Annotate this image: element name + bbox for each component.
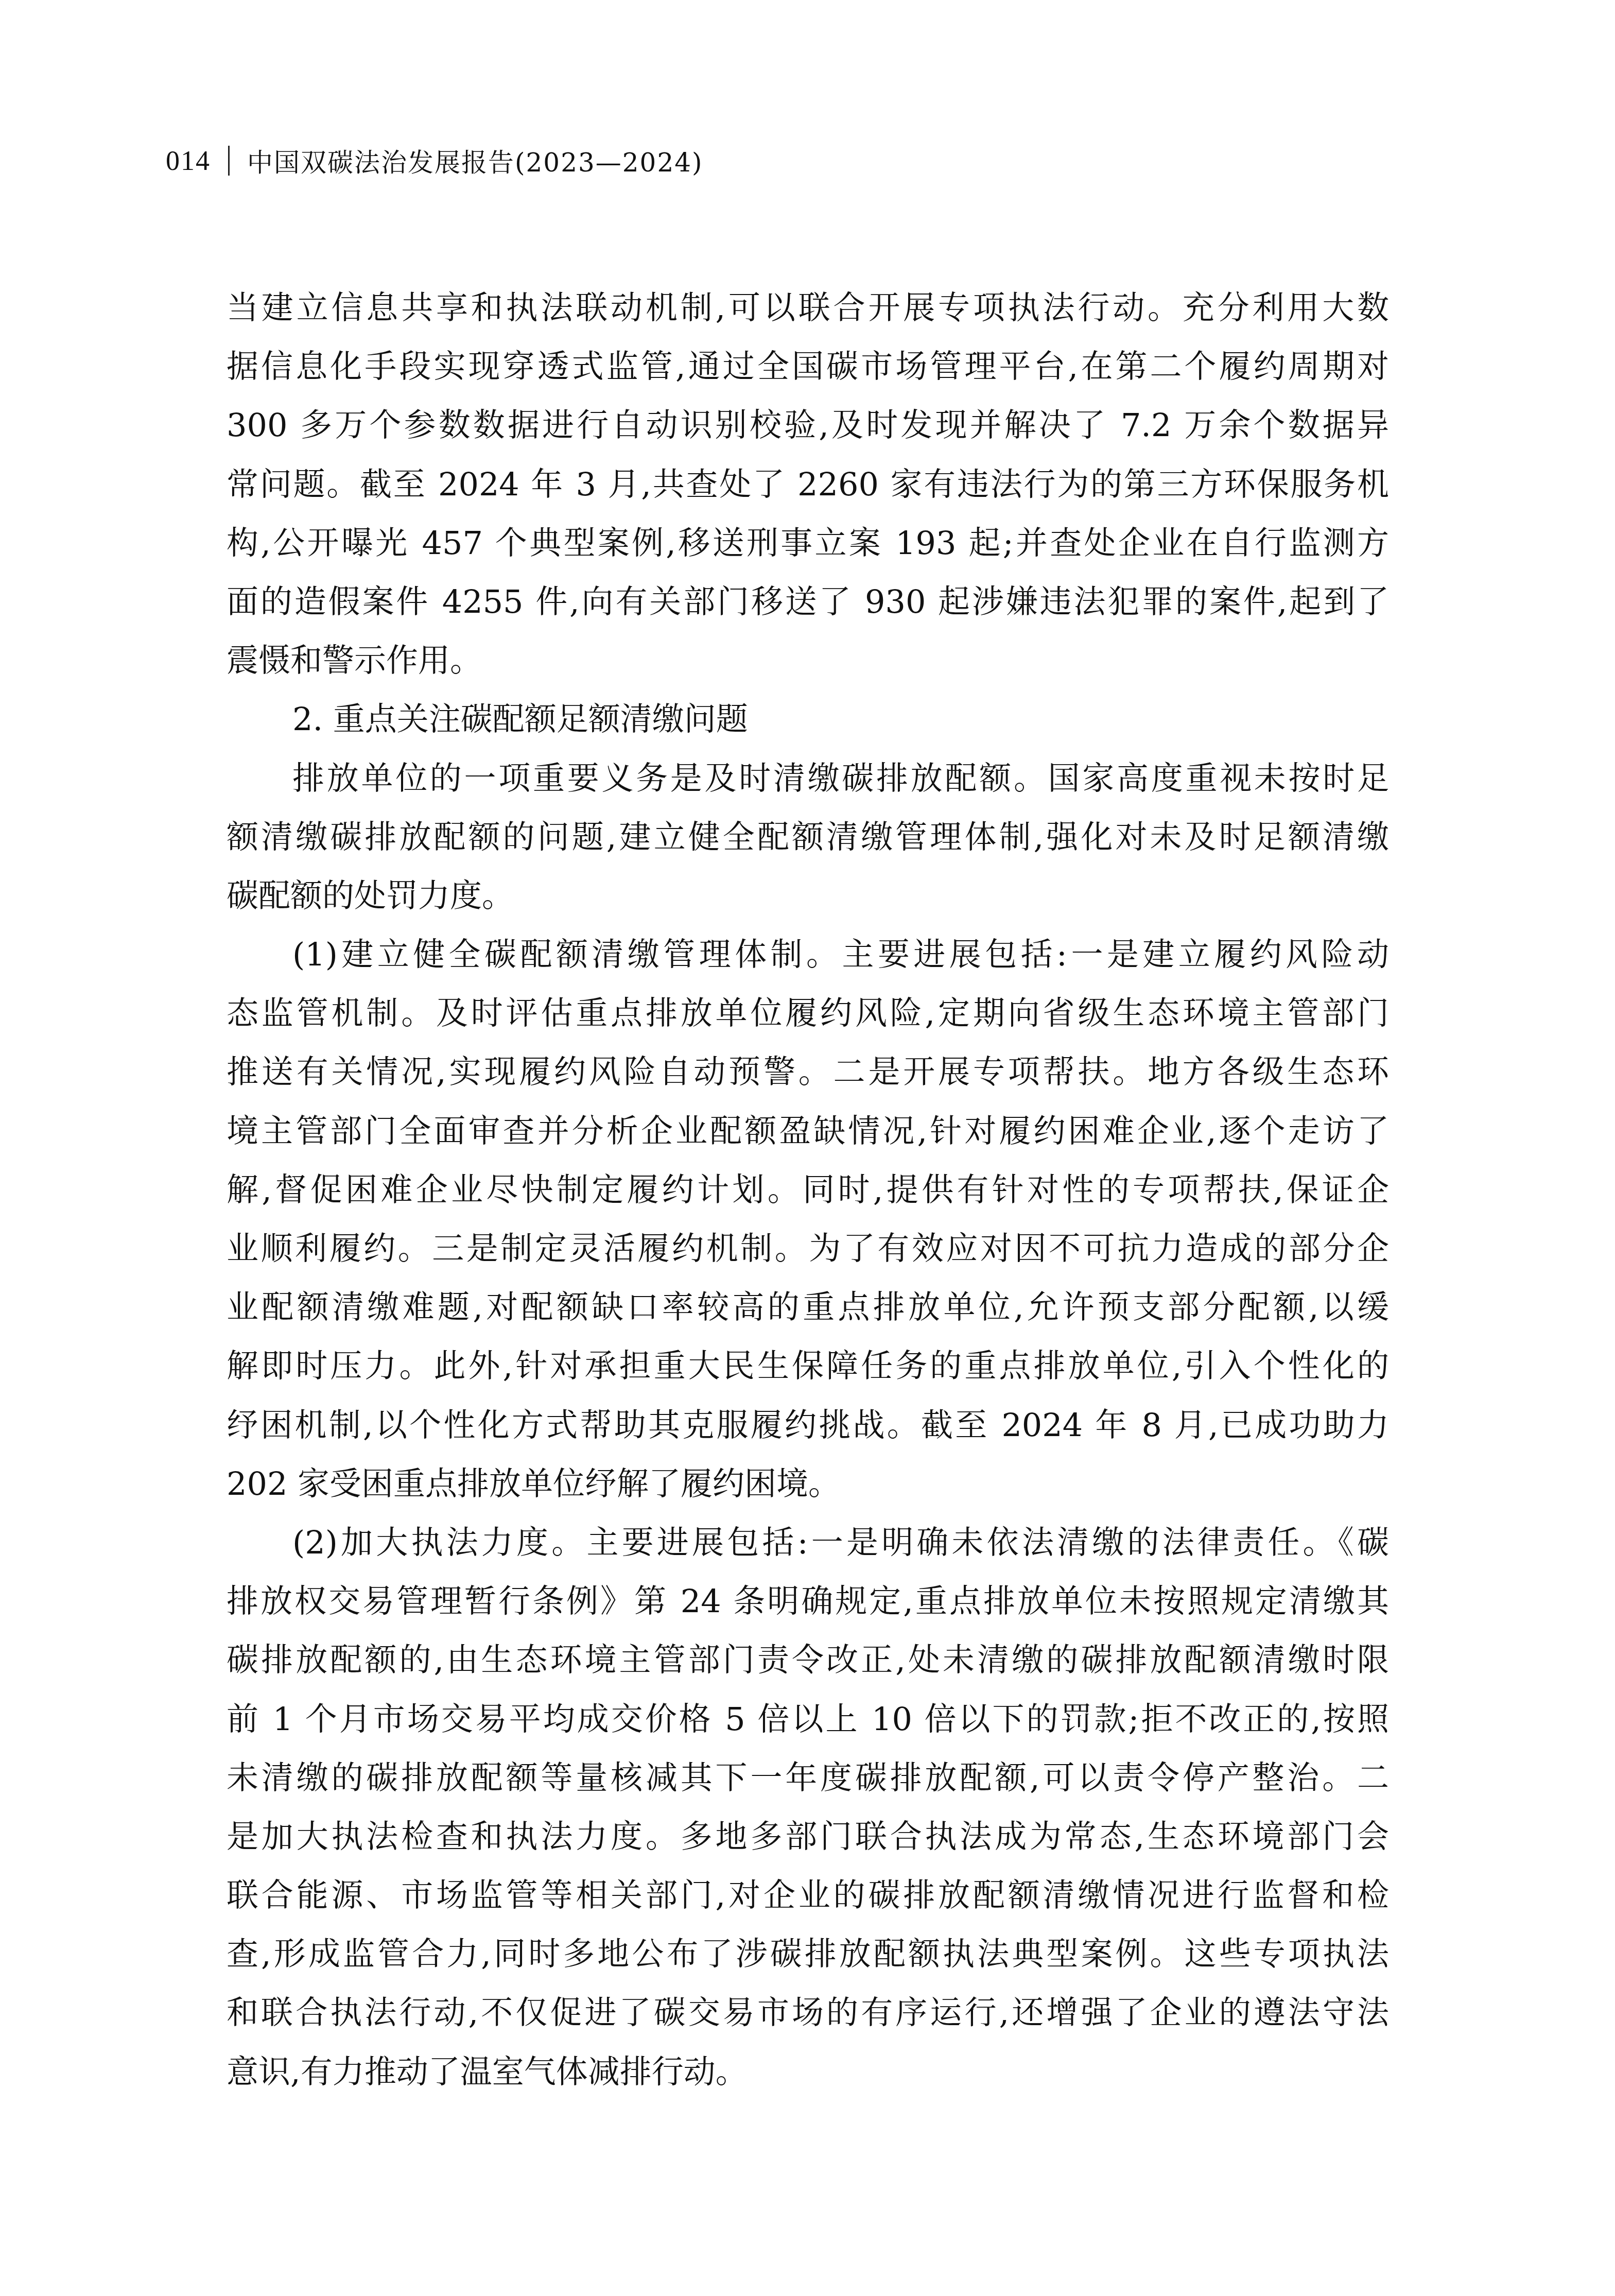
- section-heading: 2. 重点关注碳配额足额清缴问题: [227, 696, 1389, 755]
- text-line: 意识,有力推动了温室气体减排行动。: [227, 2049, 1389, 2108]
- text-line: 排放单位的一项重要义务是及时清缴碳排放配额。国家高度重视未按时足: [227, 755, 1389, 814]
- text-line: 业顺利履约。三是制定灵活履约机制。为了有效应对因不可抗力造成的部分企: [227, 1225, 1389, 1284]
- text-line: 当建立信息共享和执法联动机制,可以联合开展专项执法行动。充分利用大数: [227, 285, 1389, 343]
- text-line: 面的造假案件 4255 件,向有关部门移送了 930 起涉嫌违法犯罪的案件,起到…: [227, 579, 1389, 637]
- text-line: 额清缴碳排放配额的问题,建立健全配额清缴管理体制,强化对未及时足额清缴: [227, 814, 1389, 873]
- text-line: 前 1 个月市场交易平均成交价格 5 倍以上 10 倍以下的罚款;拒不改正的,按…: [227, 1696, 1389, 1755]
- text-line: 未清缴的碳排放配额等量核减其下一年度碳排放配额,可以责令停产整治。二: [227, 1755, 1389, 1814]
- text-line: 碳排放配额的,由生态环境主管部门责令改正,处未清缴的碳排放配额清缴时限: [227, 1637, 1389, 1696]
- text-line: 震慑和警示作用。: [227, 637, 1389, 696]
- body-text: 当建立信息共享和执法联动机制,可以联合开展专项执法行动。充分利用大数 据信息化手…: [227, 285, 1389, 2108]
- page-number: 014: [166, 145, 211, 177]
- text-line: 和联合执法行动,不仅促进了碳交易市场的有序运行,还增强了企业的遵法守法: [227, 1990, 1389, 2048]
- text-line: 排放权交易管理暂行条例》第 24 条明确规定,重点排放单位未按照规定清缴其: [227, 1578, 1389, 1637]
- text-line: 查,形成监管合力,同时多地公布了涉碳排放配额执法典型案例。这些专项执法: [227, 1931, 1389, 1990]
- running-header: 014 中国双碳法治发展报告(2023—2024): [166, 140, 703, 181]
- text-line: 构,公开曝光 457 个典型案例,移送刑事立案 193 起;并查处企业在自行监测…: [227, 520, 1389, 579]
- text-line: 纾困机制,以个性化方式帮助其克服履约挑战。截至 2024 年 8 月,已成功助力: [227, 1402, 1389, 1461]
- text-line: 联合能源、市场监管等相关部门,对企业的碳排放配额清缴情况进行监督和检: [227, 1872, 1389, 1931]
- text-line: (1)建立健全碳配额清缴管理体制。主要进展包括:一是建立履约风险动: [227, 931, 1389, 990]
- text-line: 解即时压力。此外,针对承担重大民生保障任务的重点排放单位,引入个性化的: [227, 1343, 1389, 1402]
- text-line: 是加大执法检查和执法力度。多地多部门联合执法成为常态,生态环境部门会: [227, 1814, 1389, 1872]
- text-line: 常问题。截至 2024 年 3 月,共查处了 2260 家有违法行为的第三方环保…: [227, 461, 1389, 520]
- text-line: 境主管部门全面审查并分析企业配额盈缺情况,针对履约困难企业,逐个走访了: [227, 1108, 1389, 1167]
- text-line: 300 多万个参数数据进行自动识别校验,及时发现并解决了 7.2 万余个数据异: [227, 402, 1389, 461]
- text-line: 碳配额的处罚力度。: [227, 873, 1389, 931]
- running-title: 中国双碳法治发展报告(2023—2024): [247, 142, 703, 179]
- text-line: 解,督促困难企业尽快制定履约计划。同时,提供有针对性的专项帮扶,保证企: [227, 1167, 1389, 1225]
- header-divider: [228, 146, 230, 176]
- text-line: 据信息化手段实现穿透式监管,通过全国碳市场管理平台,在第二个履约周期对: [227, 343, 1389, 402]
- text-line: 业配额清缴难题,对配额缺口率较高的重点排放单位,允许预支部分配额,以缓: [227, 1284, 1389, 1343]
- text-line: 推送有关情况,实现履约风险自动预警。二是开展专项帮扶。地方各级生态环: [227, 1049, 1389, 1108]
- text-line: 态监管机制。及时评估重点排放单位履约风险,定期向省级生态环境主管部门: [227, 990, 1389, 1049]
- text-line: (2)加大执法力度。主要进展包括:一是明确未依法清缴的法律责任。《碳: [227, 1520, 1389, 1578]
- text-line: 202 家受困重点排放单位纾解了履约困境。: [227, 1461, 1389, 1520]
